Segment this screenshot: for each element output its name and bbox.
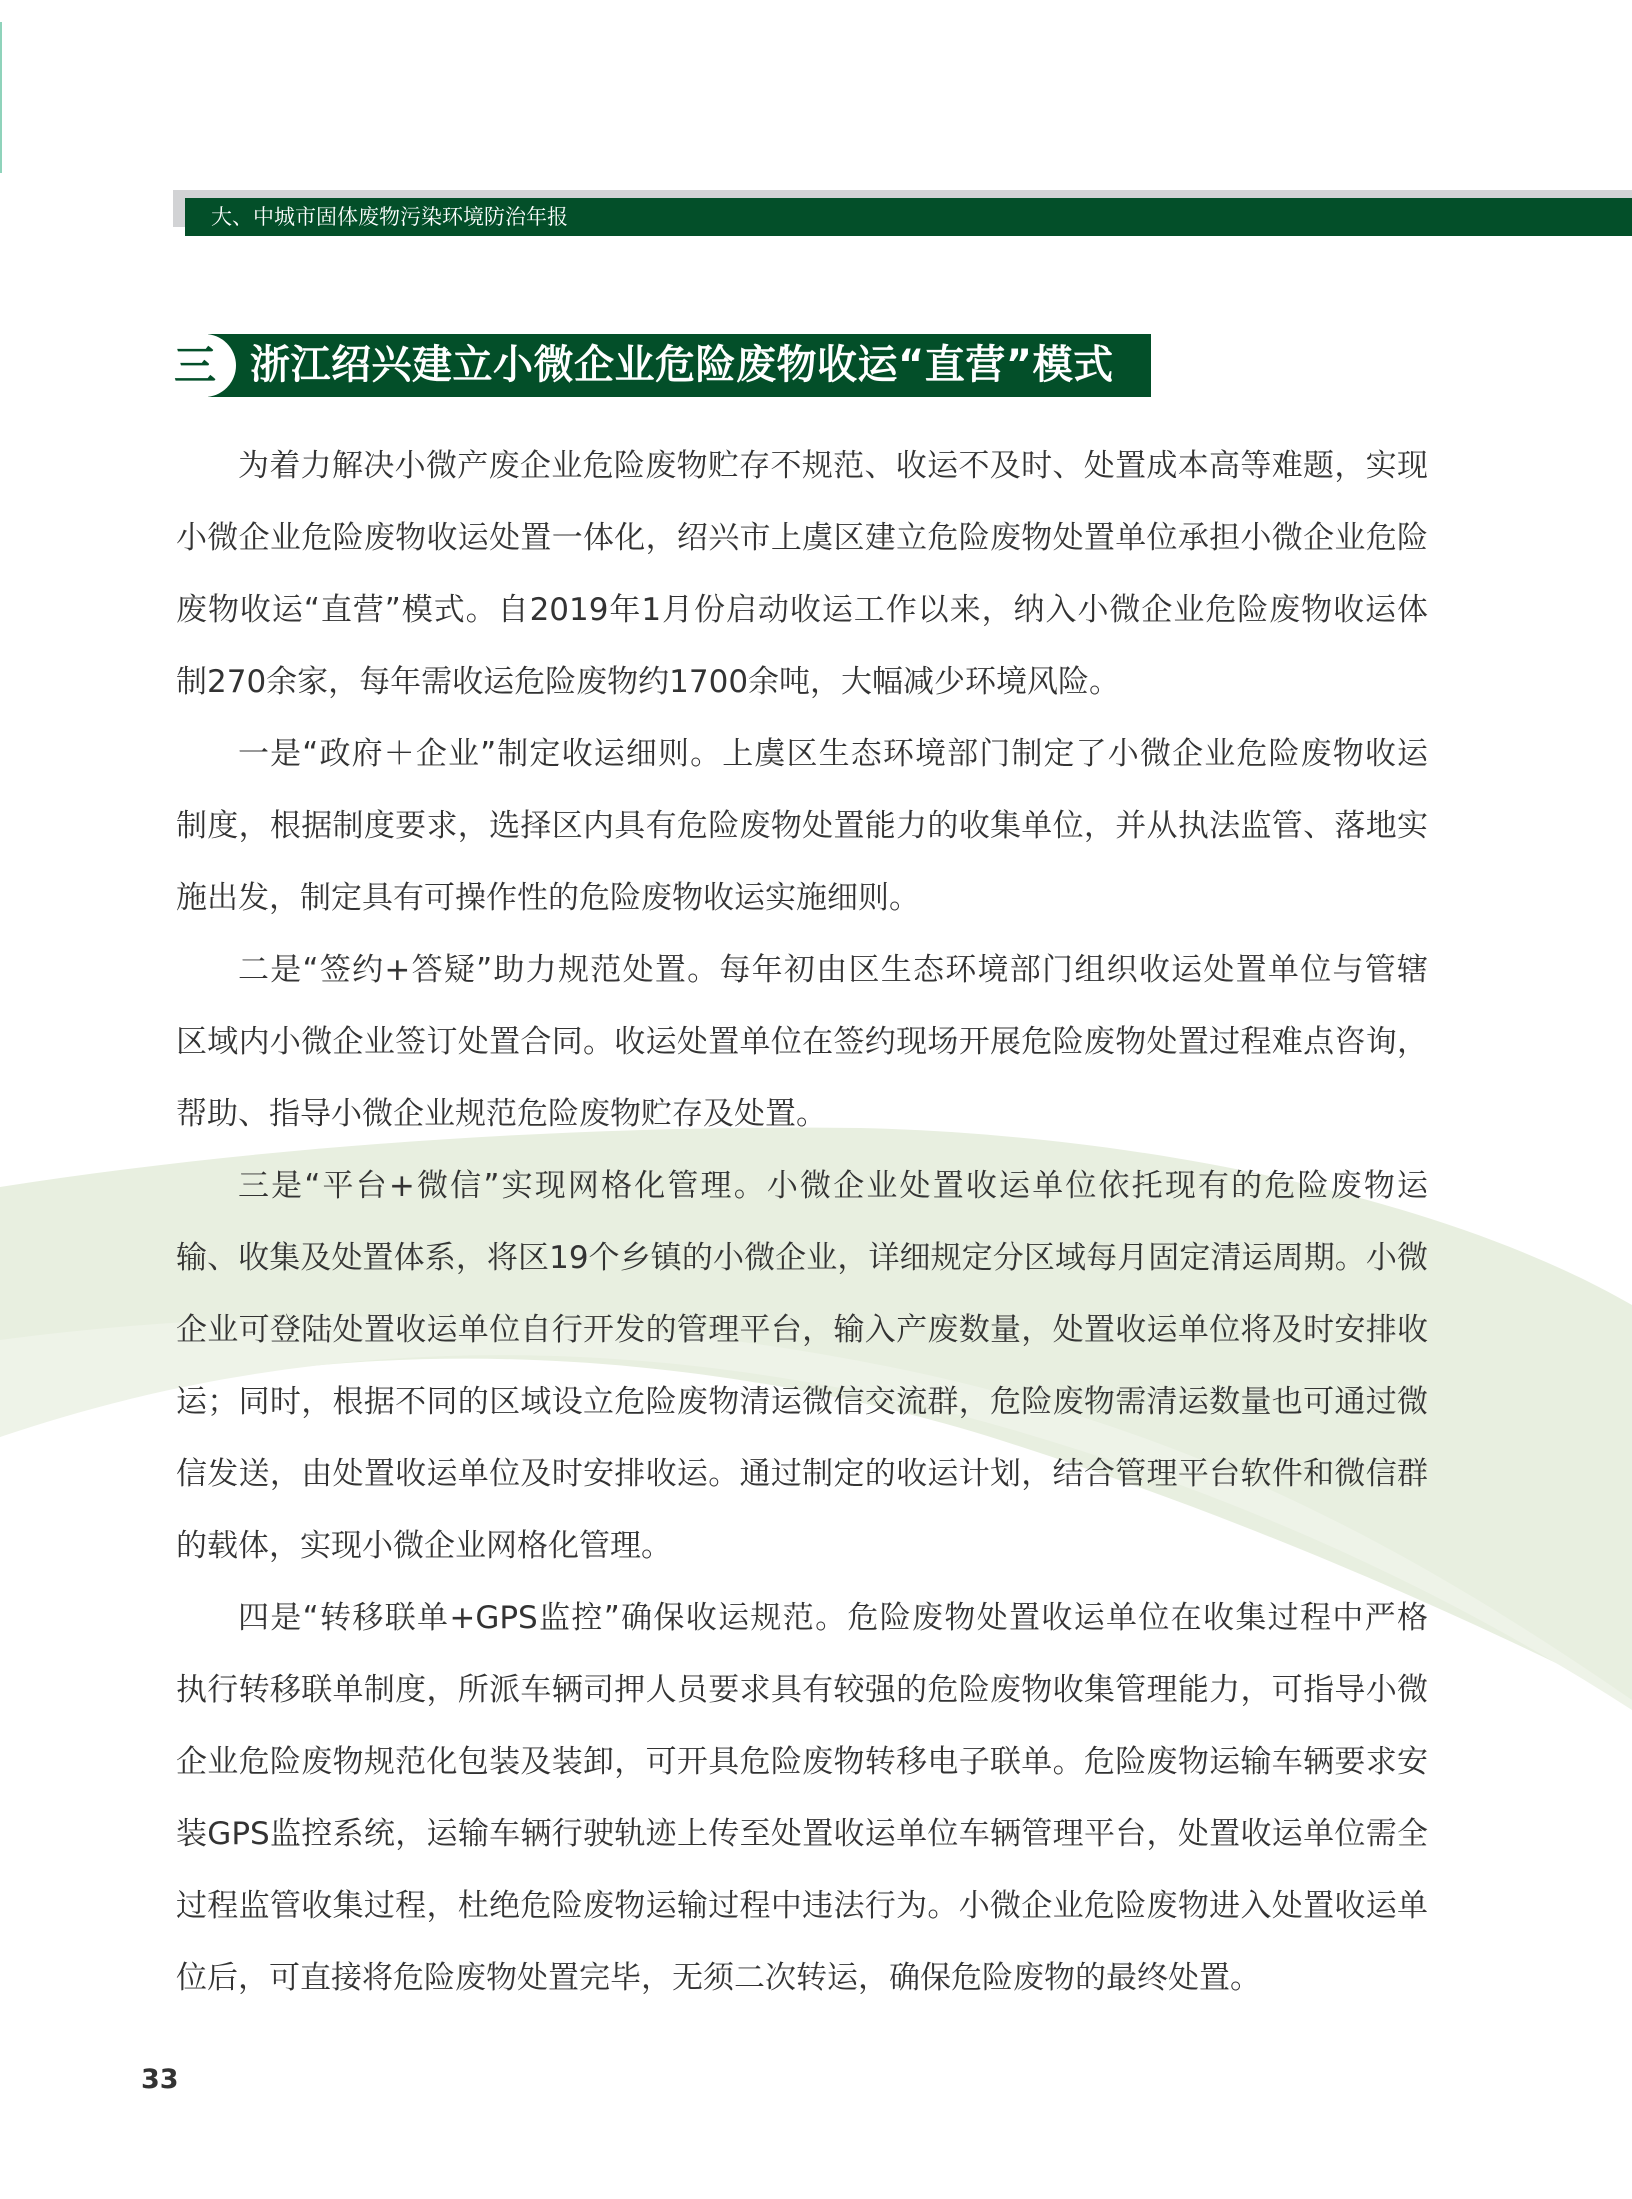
text-line: 制270余家，每年需收运危险废物约1700余吨，大幅减少环境风险。 <box>176 646 1428 718</box>
text-line: 四是“转移联单+GPS监控”确保收运规范。危险废物处置收运单位在收集过程中严格 <box>176 1582 1428 1654</box>
page-number: 33 <box>141 2064 179 2095</box>
text-line: 的载体，实现小微企业网格化管理。 <box>176 1510 1428 1582</box>
paragraph-measure-3: 三是“平台+微信”实现网格化管理。小微企业处置收运单位依托现有的危险废物运 输、… <box>176 1150 1428 1582</box>
section-title: 浙江绍兴建立小微企业危险废物收运“直营”模式 <box>250 334 1114 397</box>
text-line: 为着力解决小微产废企业危险废物贮存不规范、收运不及时、处置成本高等难题，实现 <box>176 430 1428 502</box>
paragraph-measure-4: 四是“转移联单+GPS监控”确保收运规范。危险废物处置收运单位在收集过程中严格 … <box>176 1582 1428 2014</box>
text-line: 制度，根据制度要求，选择区内具有危险废物处置能力的收集单位，并从执法监管、落地实 <box>176 790 1428 862</box>
running-header: 大、中城市固体废物污染环境防治年报 <box>185 198 1632 236</box>
text-line: 运；同时，根据不同的区域设立危险废物清运微信交流群，危险废物需清运数量也可通过微 <box>176 1366 1428 1438</box>
text-line: 位后，可直接将危险废物处置完毕，无须二次转运，确保危险废物的最终处置。 <box>176 1942 1428 2014</box>
text-line: 小微企业危险废物收运处置一体化，绍兴市上虞区建立危险废物处置单位承担小微企业危险 <box>176 502 1428 574</box>
text-line: 区域内小微企业签订处置合同。收运处置单位在签约现场开展危险废物处置过程难点咨询， <box>176 1006 1428 1078</box>
text-line: 输、收集及处置体系，将区19个乡镇的小微企业，详细规定分区域每月固定清运周期。小… <box>176 1222 1428 1294</box>
text-line: 三是“平台+微信”实现网格化管理。小微企业处置收运单位依托现有的危险废物运 <box>176 1150 1428 1222</box>
text-line: 二是“签约+答疑”助力规范处置。每年初由区生态环境部门组织收运处置单位与管辖 <box>176 934 1428 1006</box>
text-line: 废物收运“直营”模式。自2019年1月份启动收运工作以来，纳入小微企业危险废物收… <box>176 574 1428 646</box>
text-line: 过程监管收集过程，杜绝危险废物运输过程中违法行为。小微企业危险废物进入处置收运单 <box>176 1870 1428 1942</box>
text-line: 企业危险废物规范化包装及装卸，可开具危险废物转移电子联单。危险废物运输车辆要求安 <box>176 1726 1428 1798</box>
paragraph-measure-2: 二是“签约+答疑”助力规范处置。每年初由区生态环境部门组织收运处置单位与管辖 区… <box>176 934 1428 1150</box>
text-line: 一是“政府＋企业”制定收运细则。上虞区生态环境部门制定了小微企业危险废物收运 <box>176 718 1428 790</box>
text-line: 执行转移联单制度，所派车辆司押人员要求具有较强的危险废物收集管理能力，可指导小微 <box>176 1654 1428 1726</box>
section-number-badge: 三 <box>160 334 236 397</box>
article-body: 为着力解决小微产废企业危险废物贮存不规范、收运不及时、处置成本高等难题，实现 小… <box>176 430 1428 2014</box>
paragraph-intro: 为着力解决小微产废企业危险废物贮存不规范、收运不及时、处置成本高等难题，实现 小… <box>176 430 1428 718</box>
text-line: 信发送，由处置收运单位及时安排收运。通过制定的收运计划，结合管理平台软件和微信群 <box>176 1438 1428 1510</box>
paragraph-measure-1: 一是“政府＋企业”制定收运细则。上虞区生态环境部门制定了小微企业危险废物收运 制… <box>176 718 1428 934</box>
text-line: 施出发，制定具有可操作性的危险废物收运实施细则。 <box>176 862 1428 934</box>
text-line: 企业可登陆处置收运单位自行开发的管理平台，输入产废数量，处置收运单位将及时安排收 <box>176 1294 1428 1366</box>
text-line: 帮助、指导小微企业规范危险废物贮存及处置。 <box>176 1078 1428 1150</box>
text-line: 装GPS监控系统，运输车辆行驶轨迹上传至处置收运单位车辆管理平台，处置收运单位需… <box>176 1798 1428 1870</box>
